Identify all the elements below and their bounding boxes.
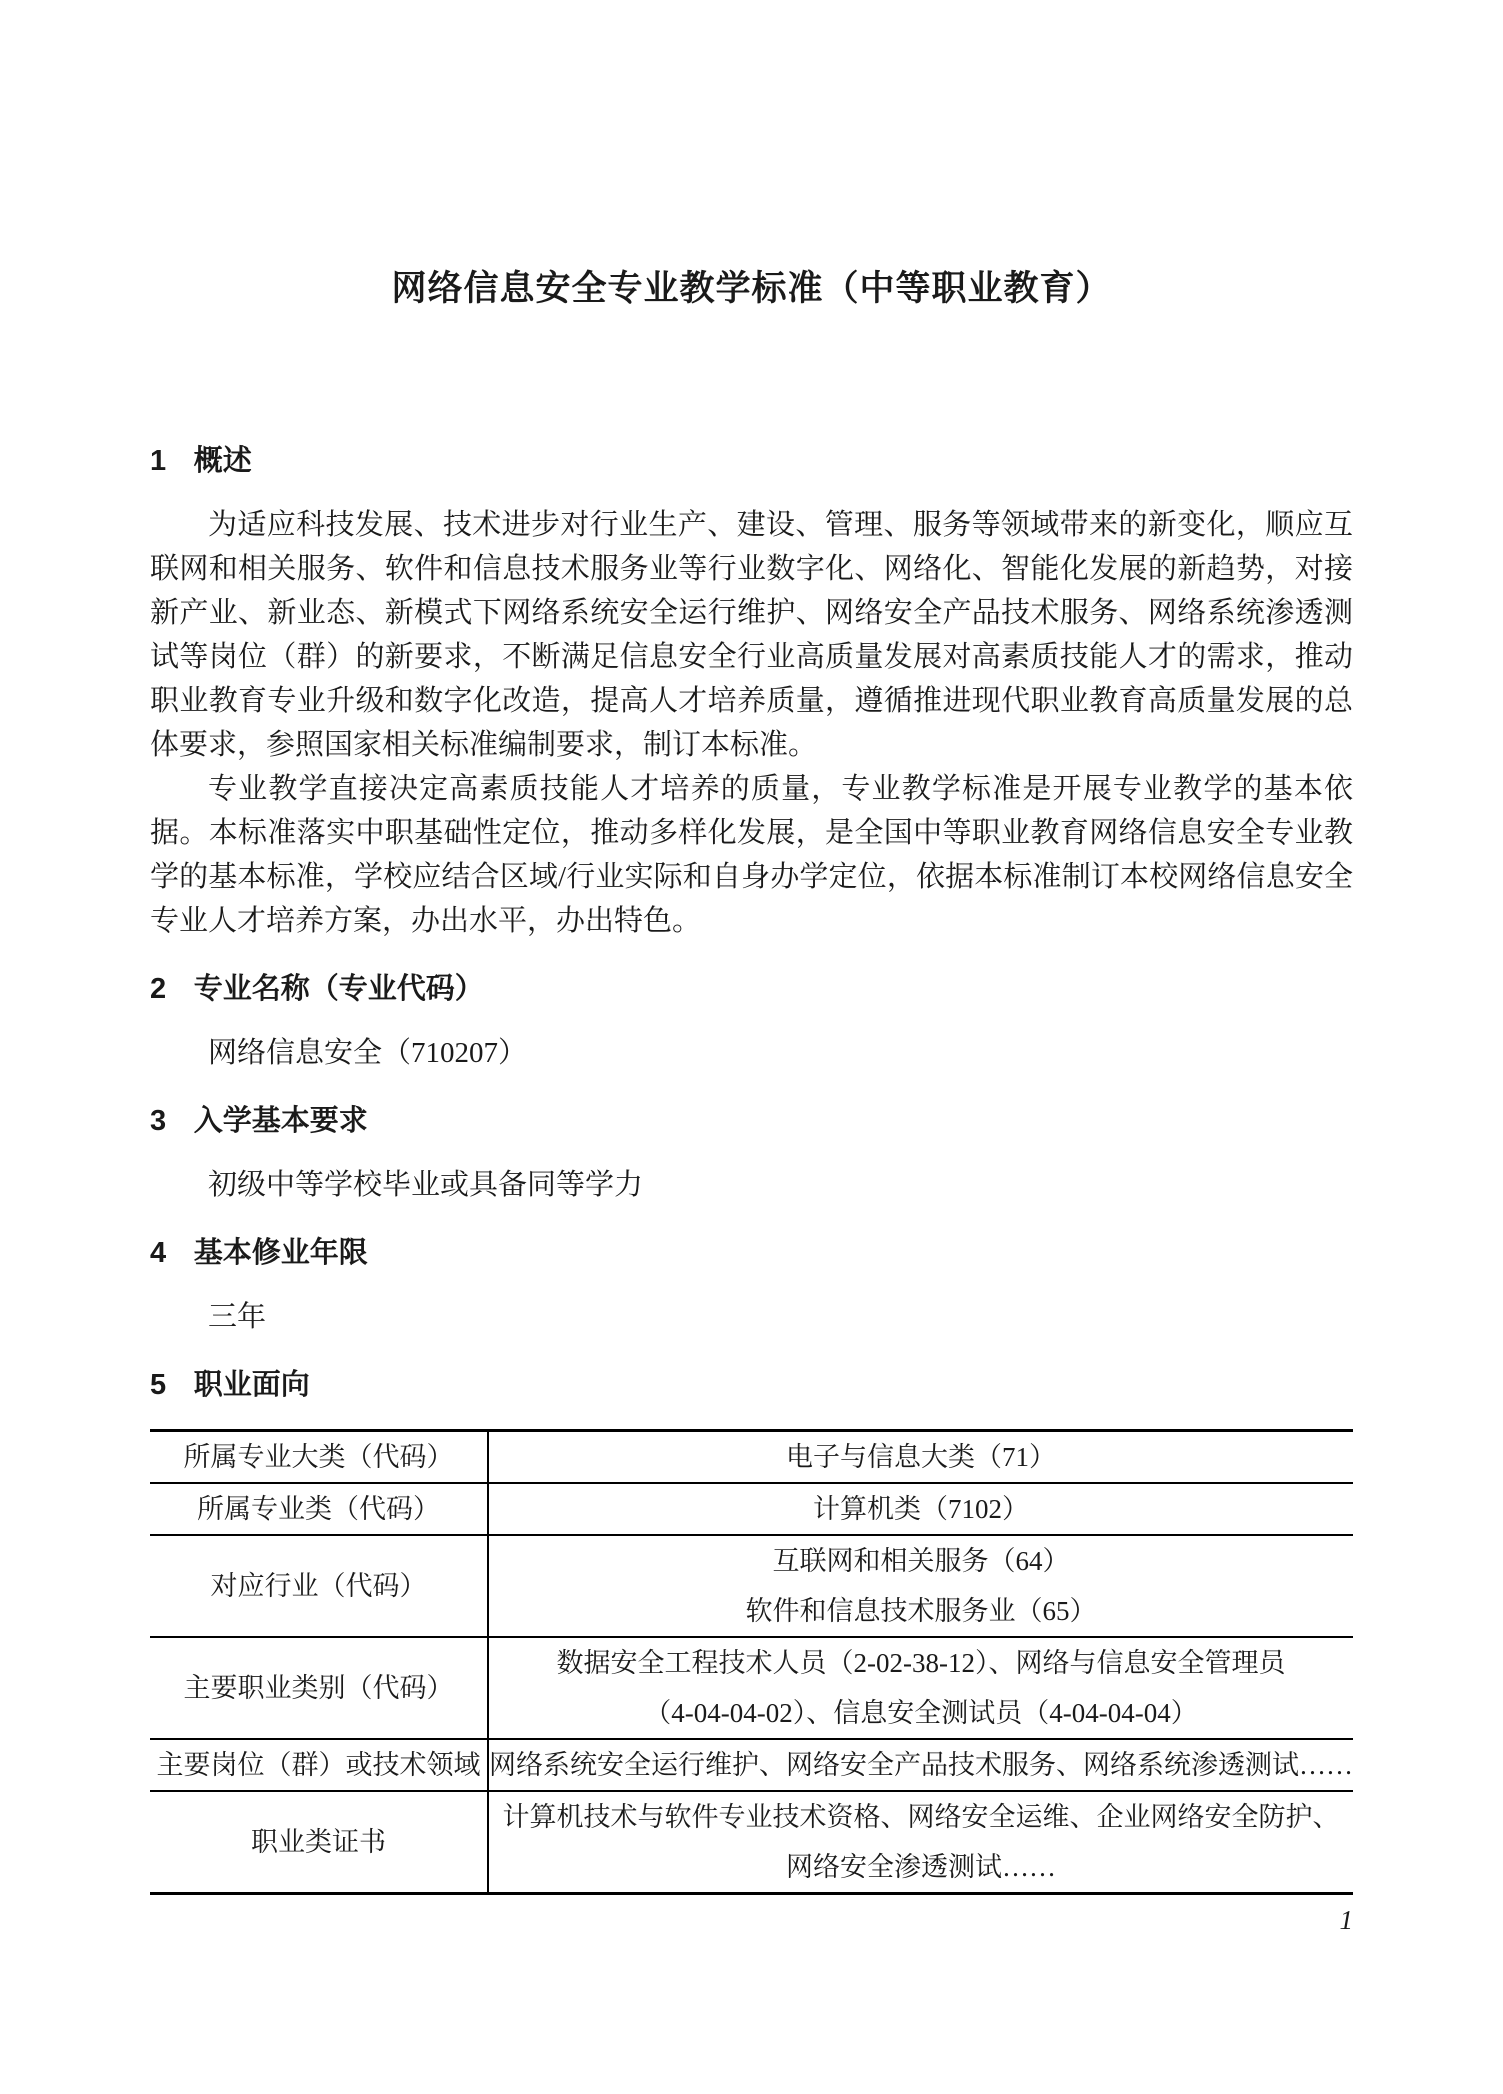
section-title: 入学基本要求 <box>194 1105 368 1137</box>
section-5: 5职业面向 所属专业大类（代码）电子与信息大类（71）所属专业类（代码）计算机类… <box>150 1365 1353 1895</box>
table-row: 对应行业（代码）互联网和相关服务（64）软件和信息技术服务业（65） <box>150 1535 1353 1637</box>
body-paragraph: 三年 <box>150 1295 1353 1339</box>
document-page: 网络信息安全专业教学标准（中等职业教育） 1概述 为适应科技发展、技术进步对行业… <box>0 0 1503 2094</box>
page-number: 1 <box>150 1903 1353 1937</box>
table-label: 主要岗位（群）或技术领域 <box>150 1740 487 1790</box>
table-cell-line: 互联网和相关服务（64） <box>489 1536 1353 1586</box>
table-label-cell: 对应行业（代码） <box>150 1535 488 1637</box>
table-label: 职业类证书 <box>150 1817 487 1867</box>
body-paragraph: 为适应科技发展、技术进步对行业生产、建设、管理、服务等领域带来的新变化，顺应互联… <box>150 503 1353 767</box>
section-heading: 5职业面向 <box>150 1365 1353 1405</box>
table-label: 对应行业（代码） <box>150 1561 487 1611</box>
section-title: 基本修业年限 <box>194 1237 368 1269</box>
table-label: 所属专业大类（代码） <box>150 1432 487 1482</box>
section-number: 3 <box>150 1101 166 1141</box>
body-paragraph: 初级中等学校毕业或具备同等学力 <box>150 1163 1353 1207</box>
table-cell-line: 计算机技术与软件专业技术资格、网络安全运维、企业网络安全防护、 <box>489 1792 1353 1842</box>
section-heading: 2专业名称（专业代码） <box>150 969 1353 1009</box>
section-number: 5 <box>150 1365 166 1405</box>
section-number: 4 <box>150 1233 166 1273</box>
table-label-cell: 所属专业大类（代码） <box>150 1431 488 1484</box>
table-label-cell: 主要职业类别（代码） <box>150 1637 488 1739</box>
table-value-cell: 计算机技术与软件专业技术资格、网络安全运维、企业网络安全防护、网络安全渗透测试…… <box>488 1791 1353 1894</box>
body-paragraph: 网络信息安全（710207） <box>150 1031 1353 1075</box>
section-number: 2 <box>150 969 166 1009</box>
table-cell-line: 计算机类（7102） <box>489 1484 1353 1534</box>
table-label: 主要职业类别（代码） <box>150 1663 487 1713</box>
table-row: 所属专业大类（代码）电子与信息大类（71） <box>150 1431 1353 1484</box>
career-orientation-table: 所属专业大类（代码）电子与信息大类（71）所属专业类（代码）计算机类（7102）… <box>150 1429 1353 1895</box>
section-2: 2专业名称（专业代码） 网络信息安全（710207） <box>150 969 1353 1075</box>
section-heading: 4基本修业年限 <box>150 1233 1353 1273</box>
table-cell-line: 网络系统安全运行维护、网络安全产品技术服务、网络系统渗透测试…… <box>489 1740 1353 1790</box>
section-title: 专业名称（专业代码） <box>194 973 484 1005</box>
table-cell-line: 电子与信息大类（71） <box>489 1432 1353 1482</box>
section-1: 1概述 为适应科技发展、技术进步对行业生产、建设、管理、服务等领域带来的新变化，… <box>150 441 1353 943</box>
section-4: 4基本修业年限 三年 <box>150 1233 1353 1339</box>
section-title: 职业面向 <box>194 1369 310 1401</box>
table-cell-line: 网络安全渗透测试…… <box>489 1842 1353 1892</box>
table-value-cell: 电子与信息大类（71） <box>488 1431 1353 1484</box>
table-value-cell: 计算机类（7102） <box>488 1483 1353 1535</box>
table-cell-line: 数据安全工程技术人员（2-02-38-12）、网络与信息安全管理员 <box>489 1638 1353 1688</box>
table-row: 主要职业类别（代码）数据安全工程技术人员（2-02-38-12）、网络与信息安全… <box>150 1637 1353 1739</box>
section-title: 概述 <box>194 445 252 477</box>
section-3: 3入学基本要求 初级中等学校毕业或具备同等学力 <box>150 1101 1353 1207</box>
table-label: 所属专业类（代码） <box>150 1484 487 1534</box>
table-label-cell: 职业类证书 <box>150 1791 488 1894</box>
table-value-cell: 互联网和相关服务（64）软件和信息技术服务业（65） <box>488 1535 1353 1637</box>
body-paragraph: 专业教学直接决定高素质技能人才培养的质量，专业教学标准是开展专业教学的基本依据。… <box>150 767 1353 943</box>
table-label-cell: 所属专业类（代码） <box>150 1483 488 1535</box>
document-body: 1概述 为适应科技发展、技术进步对行业生产、建设、管理、服务等领域带来的新变化，… <box>150 441 1353 1895</box>
table-row: 主要岗位（群）或技术领域网络系统安全运行维护、网络安全产品技术服务、网络系统渗透… <box>150 1739 1353 1791</box>
document-title: 网络信息安全专业教学标准（中等职业教育） <box>150 0 1353 312</box>
table-value-cell: 网络系统安全运行维护、网络安全产品技术服务、网络系统渗透测试…… <box>488 1739 1353 1791</box>
table-cell-line: 软件和信息技术服务业（65） <box>489 1586 1353 1636</box>
table-row: 职业类证书计算机技术与软件专业技术资格、网络安全运维、企业网络安全防护、网络安全… <box>150 1791 1353 1894</box>
table-value-cell: 数据安全工程技术人员（2-02-38-12）、网络与信息安全管理员（4-04-0… <box>488 1637 1353 1739</box>
section-number: 1 <box>150 441 166 481</box>
section-heading: 3入学基本要求 <box>150 1101 1353 1141</box>
table-row: 所属专业类（代码）计算机类（7102） <box>150 1483 1353 1535</box>
table-label-cell: 主要岗位（群）或技术领域 <box>150 1739 488 1791</box>
table-cell-line: （4-04-04-02）、信息安全测试员（4-04-04-04） <box>489 1688 1353 1738</box>
section-heading: 1概述 <box>150 441 1353 481</box>
